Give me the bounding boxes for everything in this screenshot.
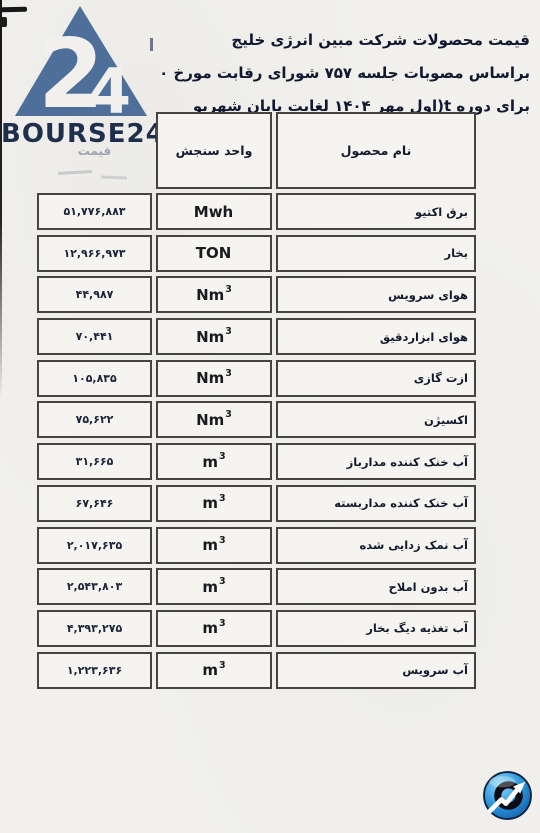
unit-label: Mwh — [194, 203, 233, 221]
bourse24-triangle-logo-icon: 2 4 — [12, 4, 150, 118]
product-cell: ازت گازی — [276, 360, 476, 397]
table-row: ۴۴,۹۸۷ Nm3 هوای سرویس — [37, 276, 476, 313]
product-cell: آب تغذیه دیگ بخار — [276, 610, 476, 647]
table-row: ۱۲,۹۶۶,۹۷۳ TON بخار — [37, 235, 476, 272]
unit-cell: Nm3 — [156, 360, 272, 397]
unit-superscript: 3 — [219, 618, 226, 629]
unit-label: m — [202, 661, 218, 679]
price-cell: ۴,۳۹۳,۲۷۵ — [37, 610, 152, 647]
unit-cell: Mwh — [156, 193, 272, 230]
price-cell: ۷۵,۶۲۲ — [37, 401, 152, 438]
table-row: ۶۷,۶۴۶ m3 آب خنک کننده مداربسته — [37, 485, 476, 522]
unit-cell: TON — [156, 235, 272, 272]
product-cell: آب خنک کننده مدارباز — [276, 443, 476, 480]
unit-superscript: 3 — [225, 409, 232, 420]
price-table: ۵۱,۷۷۶,۸۸۳ Mwh برق اکتیو ۱۲,۹۶۶,۹۷۳ TON … — [37, 193, 476, 693]
price-cell: ۴۴,۹۸۷ — [37, 276, 152, 313]
table-row: ۴,۳۹۳,۲۷۵ m3 آب تغذیه دیگ بخار — [37, 610, 476, 647]
price-cell: ۵۱,۷۷۶,۸۸۳ — [37, 193, 152, 230]
document-header: قیمت محصولات شرکت مبین انرژی خلیج براساس… — [159, 24, 530, 123]
unit-label: m — [202, 453, 218, 471]
unit-label: Nm — [196, 411, 224, 429]
column-header-price-faint: قیمت — [37, 144, 152, 158]
svg-text:4: 4 — [88, 55, 131, 118]
unit-superscript: 3 — [225, 284, 232, 295]
table-row: ۱۰۵,۸۳۵ Nm3 ازت گازی — [37, 360, 476, 397]
product-cell: آب خنک کننده مداربسته — [276, 485, 476, 522]
unit-label: Nm — [196, 286, 224, 304]
scan-smudge — [58, 170, 92, 175]
product-cell: بخار — [276, 235, 476, 272]
unit-cell: m3 — [156, 568, 272, 605]
column-header-unit: واحد سنجش — [156, 112, 272, 189]
bourse24-trend-arrow-icon — [483, 771, 532, 820]
cut-text-fragment — [150, 38, 153, 51]
column-header-product: نام محصول — [276, 112, 476, 189]
unit-cell: m3 — [156, 485, 272, 522]
product-cell: اکسیژن — [276, 401, 476, 438]
unit-label: m — [202, 536, 218, 554]
unit-superscript: 3 — [219, 660, 226, 671]
product-cell: آب بدون املاح — [276, 568, 476, 605]
unit-superscript: 3 — [225, 368, 232, 379]
unit-cell: m3 — [156, 527, 272, 564]
unit-label: m — [202, 578, 218, 596]
unit-cell: Nm3 — [156, 401, 272, 438]
unit-cell: Nm3 — [156, 318, 272, 355]
unit-label: TON — [196, 244, 232, 262]
table-row: ۵۱,۷۷۶,۸۸۳ Mwh برق اکتیو — [37, 193, 476, 230]
unit-superscript: 3 — [219, 535, 226, 546]
unit-cell: m3 — [156, 610, 272, 647]
unit-label: Nm — [196, 328, 224, 346]
product-cell: آب نمک زدایی شده — [276, 527, 476, 564]
product-cell: هوای سرویس — [276, 276, 476, 313]
scan-smudge — [101, 176, 127, 180]
price-cell: ۱۲,۹۶۶,۹۷۳ — [37, 235, 152, 272]
unit-label: m — [202, 494, 218, 512]
unit-superscript: 3 — [219, 576, 226, 587]
scan-edge-artifact — [0, 0, 2, 400]
unit-label: Nm — [196, 369, 224, 387]
unit-superscript: 3 — [225, 326, 232, 337]
unit-cell: m3 — [156, 443, 272, 480]
price-cell: ۷۰,۴۴۱ — [37, 318, 152, 355]
header-line-title: قیمت محصولات شرکت مبین انرژی خلیج — [170, 24, 530, 57]
product-cell: هوای ابزاردقیق — [276, 318, 476, 355]
unit-superscript: 3 — [219, 451, 226, 462]
price-cell: ۱,۲۲۳,۶۳۶ — [37, 652, 152, 689]
table-row: ۳۱,۶۶۵ m3 آب خنک کننده مدارباز — [37, 443, 476, 480]
price-cell: ۳۱,۶۶۵ — [37, 443, 152, 480]
product-cell: آب سرویس — [276, 652, 476, 689]
table-row: ۲,۵۴۳,۸۰۳ m3 آب بدون املاح — [37, 568, 476, 605]
table-row: ۲,۰۱۷,۶۳۵ m3 آب نمک زدایی شده — [37, 527, 476, 564]
unit-cell: m3 — [156, 652, 272, 689]
scanned-price-document: 2 4 BOURSE24 قیمت محصولات شرکت مبین انرژ… — [0, 0, 540, 833]
unit-cell: Nm3 — [156, 276, 272, 313]
price-cell: ۱۰۵,۸۳۵ — [37, 360, 152, 397]
price-cell: ۲,۰۱۷,۶۳۵ — [37, 527, 152, 564]
table-row: ۷۵,۶۲۲ Nm3 اکسیژن — [37, 401, 476, 438]
price-cell: ۲,۵۴۳,۸۰۳ — [37, 568, 152, 605]
header-line-basis: براساس مصوبات جلسه ۷۵۷ شورای رقابت مورخ … — [159, 57, 530, 90]
unit-label: m — [202, 619, 218, 637]
unit-superscript: 3 — [219, 493, 226, 504]
product-cell: برق اکتیو — [276, 193, 476, 230]
price-cell: ۶۷,۶۴۶ — [37, 485, 152, 522]
table-row: ۱,۲۲۳,۶۳۶ m3 آب سرویس — [37, 652, 476, 689]
scan-smudge — [0, 17, 7, 27]
table-row: ۷۰,۴۴۱ Nm3 هوای ابزاردقیق — [37, 318, 476, 355]
